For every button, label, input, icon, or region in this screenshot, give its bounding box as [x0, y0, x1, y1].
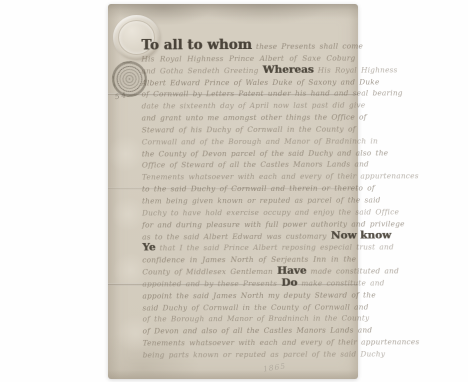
manuscript-line: Tenements whatsoever with each and every… — [142, 168, 356, 181]
manuscript-line: and grant unto me amongst other things t… — [142, 109, 356, 122]
script-text-segment: Albert Edward Prince of Wales Duke of Sa… — [141, 77, 379, 87]
manuscript-page: 54 To all to whom these Presents shall c… — [108, 4, 358, 379]
photo-canvas: 54 To all to whom these Presents shall c… — [0, 0, 468, 382]
script-text-segment: make constitute and — [297, 278, 384, 287]
script-text-segment: of the Borough and Manor of Bradninch in… — [143, 314, 370, 324]
script-text-segment: confidence in James North of Serjeants I… — [142, 255, 356, 265]
manuscript-line: to the said Duchy of Cornwall and therei… — [142, 180, 356, 193]
script-text-segment: and Gotha Sendeth Greeting — [141, 66, 262, 76]
script-text-segment: made constituted and — [307, 266, 399, 275]
pencil-date-mark: 1865 — [262, 361, 286, 373]
script-text-segment: as to the said Albert Edward was customa… — [142, 231, 331, 241]
script-text-segment: appointed and by these Presents — [142, 279, 281, 289]
script-text-segment: Duchy to have hold exercise occupy and e… — [142, 207, 399, 217]
manuscript-line: Tenements whatsoever with each and every… — [143, 334, 357, 347]
manuscript-line: confidence in James North of Serjeants I… — [142, 251, 356, 264]
stamp-inner-ring — [115, 64, 143, 93]
script-text-segment: of Devon and also of all the Castles Man… — [143, 326, 373, 336]
script-text-segment: Steward of his Duchy of Cornwall in the … — [142, 124, 356, 134]
script-text-segment: them being given known or reputed as par… — [142, 195, 381, 205]
script-text-segment: and grant unto me amongst other things t… — [142, 113, 367, 123]
manuscript-line: being parts known or reputed as parcel o… — [143, 345, 357, 358]
script-text-segment: that I the said Prince Albert reposing e… — [155, 243, 393, 253]
script-text-segment: said Duchy of Cornwall in the County of … — [142, 302, 368, 312]
manuscript-line: Steward of his Duchy of Cornwall in the … — [142, 120, 356, 133]
blackletter-text-segment: To all to whom — [141, 37, 252, 53]
manuscript-text: To all to whom these Presents shall come… — [141, 38, 356, 359]
script-text-segment: Tenements whatsoever with each and every… — [143, 337, 420, 347]
blackletter-text-segment: Do — [281, 277, 297, 289]
script-text-segment: for and during pleasure with full power … — [142, 219, 405, 229]
script-text-segment: date the sixteenth day of April now last… — [142, 101, 366, 111]
script-text-segment: of Cornwall by Letters Patent under his … — [142, 89, 403, 99]
script-text-segment: County of Middlesex Gentleman — [142, 267, 277, 277]
blackletter-text-segment: Now know — [331, 229, 391, 241]
script-text-segment: Cornwall and of the Borough and Manor of… — [142, 136, 378, 146]
margin-scribble: 54 — [114, 91, 128, 102]
script-text-segment: being parts known or reputed as parcel o… — [143, 349, 386, 359]
script-text-segment: His Royal Highness Prince Albert of Saxe… — [141, 53, 355, 63]
manuscript-line: County of Middlesex Gentleman Have made … — [142, 263, 356, 276]
manuscript-line: To all to whom these Presents shall come — [141, 38, 355, 51]
manuscript-line: of Devon and also of all the Castles Man… — [143, 322, 357, 335]
blackletter-text-segment: Have — [277, 265, 307, 277]
script-text-segment: appoint the said James North my deputy S… — [142, 290, 375, 300]
script-text-segment: to the said Duchy of Cornwall and therei… — [142, 184, 375, 194]
manuscript-line: them being given known or reputed as par… — [142, 192, 356, 205]
script-text-segment: Tenements whatsoever with each and every… — [142, 172, 419, 182]
blackletter-text-segment: Ye — [142, 242, 155, 254]
manuscript-line: date the sixteenth day of April now last… — [142, 97, 356, 110]
script-text-segment: these Presents shall come — [252, 42, 363, 51]
script-text-segment: Office of Steward of all the Castles Man… — [142, 160, 369, 170]
script-text-segment: the County of Devon parcel of the said D… — [142, 148, 389, 158]
script-text-segment: His Royal Highness — [314, 65, 398, 74]
blackletter-text-segment: Whereas — [263, 63, 314, 75]
